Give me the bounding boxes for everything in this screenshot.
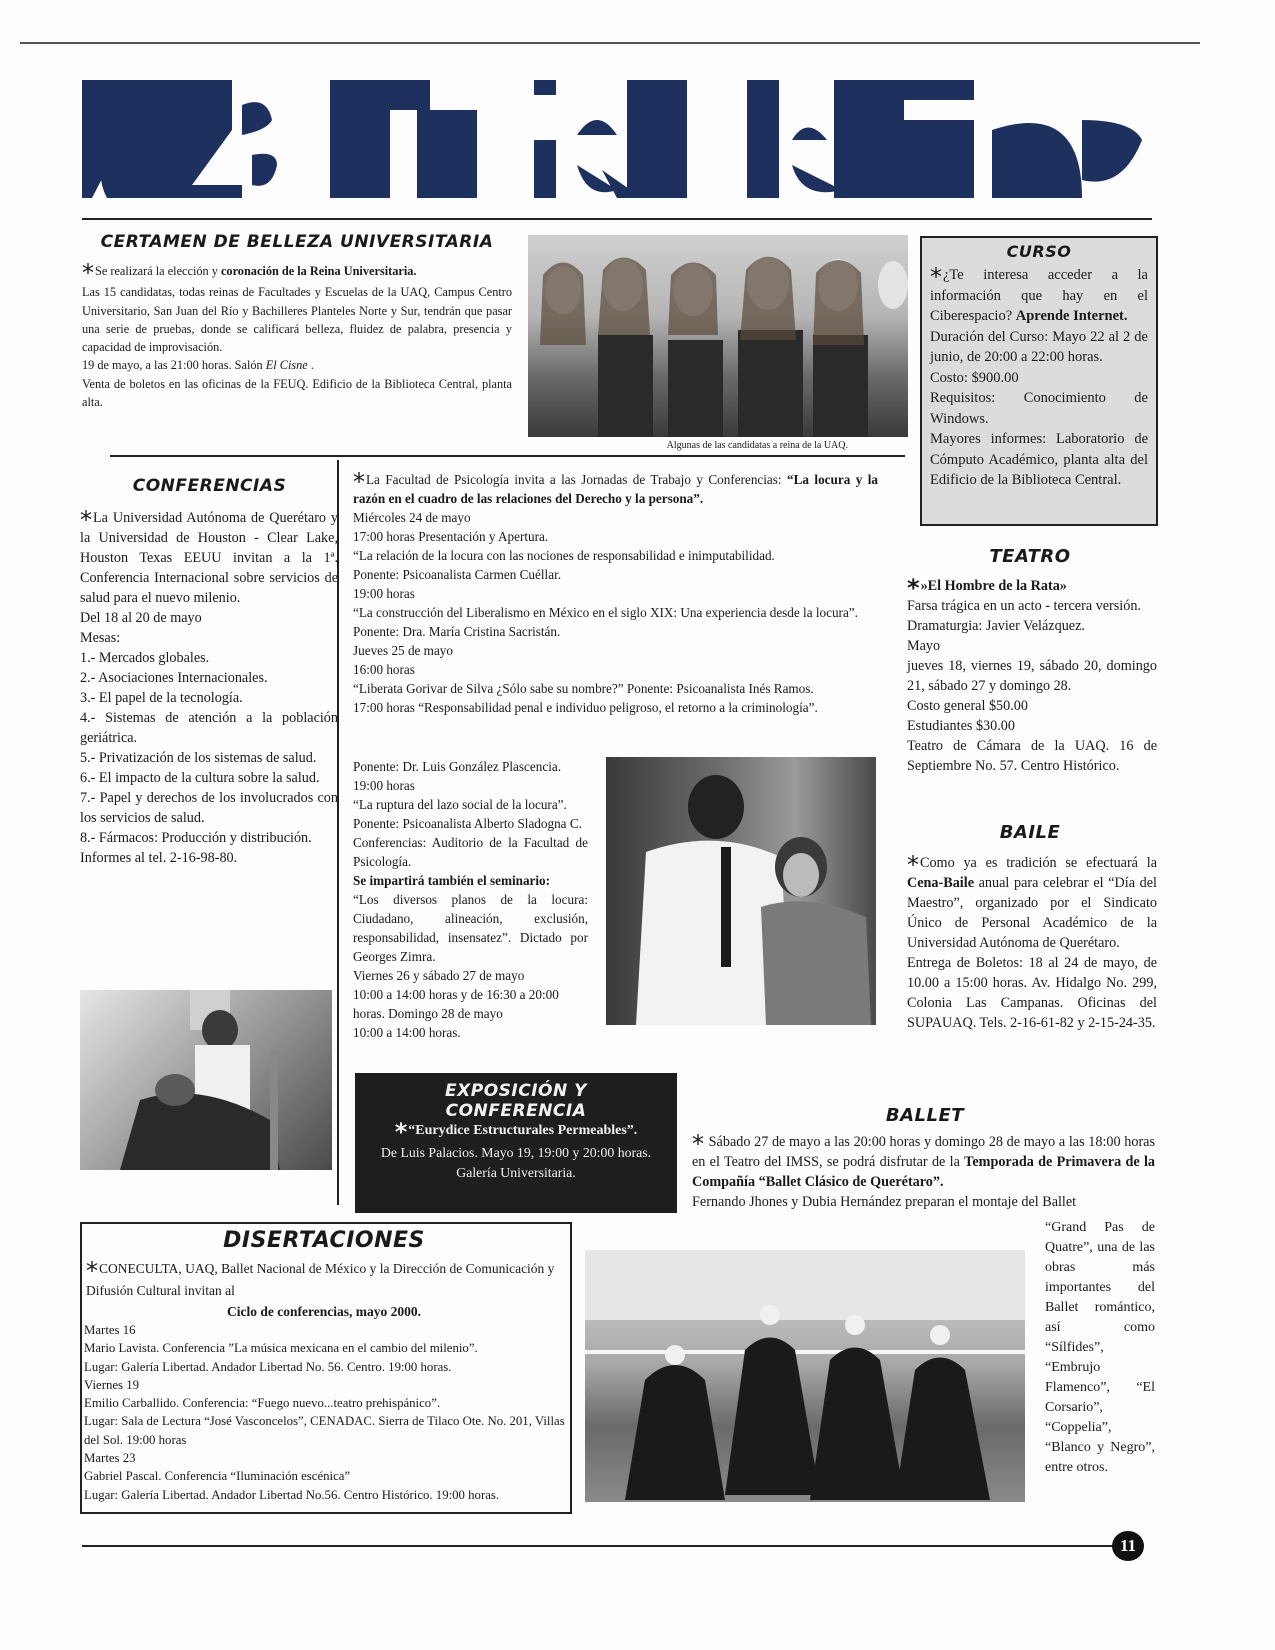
psicologia-line: “La relación de la locura con las nocion…	[353, 546, 878, 565]
psicologia-schedule: 10:00 a 14:00 horas.	[353, 1023, 588, 1042]
mesa-item: 2.- Asociaciones Internacionales.	[80, 668, 338, 688]
certamen-lead: *Se realizará la elección y coronación d…	[82, 262, 512, 280]
candidates-photo-caption: Algunas de las candidatas a reina de la …	[528, 440, 848, 451]
teatro-line: Dramaturgia: Javier Velázquez.	[907, 616, 1157, 636]
dentist-photo	[80, 990, 332, 1170]
mesa-item: 3.- El papel de la tecnología.	[80, 688, 338, 708]
theatre-photo-illustration	[606, 757, 876, 1025]
teatro-line: Teatro de Cámara de la UAQ. 16 de Septie…	[907, 736, 1157, 776]
psicologia-line: 19:00 horas	[353, 776, 588, 795]
curso-cost: Costo: $900.00	[930, 368, 1148, 389]
candidates-photo	[528, 235, 908, 437]
conferencias-dates: Del 18 al 20 de mayo	[80, 608, 338, 628]
certamen-tickets: Venta de boletos en las oficinas de la F…	[82, 375, 512, 412]
psicologia-seminar-heading: Se impartirá también el seminario:	[353, 871, 588, 890]
curso-box: CURSO *¿Te interesa acceder a la informa…	[920, 236, 1158, 526]
certamen-paragraph: Las 15 candidatas, todas reinas de Facul…	[82, 283, 512, 356]
teatro-line: Costo general $50.00	[907, 696, 1157, 716]
curso-requirements: Requisitos: Conocimiento de Windows.	[930, 388, 1148, 429]
exposicion-details: De Luis Palacios. Mayo 19, 19:00 y 20:00…	[367, 1141, 665, 1183]
ballet-photo	[585, 1250, 1025, 1502]
psicologia-line: 16:00 horas	[353, 660, 878, 679]
masthead-cartelera-graphic	[82, 80, 1152, 198]
left-column-divider	[337, 460, 339, 1205]
psicologia-line: 17:00 horas Presentación y Apertura.	[353, 527, 878, 546]
disertaciones-line: Lugar: Galería Libertad. Andador Liberta…	[84, 1486, 566, 1504]
certamen-heading: CERTAMEN DE BELLEZA UNIVERSITARIA	[82, 232, 512, 252]
mesa-item: 7.- Papel y derechos de los involucrados…	[80, 788, 338, 828]
disertaciones-lead: *CONECULTA, UAQ, Ballet Nacional de Méxi…	[82, 1258, 566, 1302]
curso-lead: *¿Te interesa acceder a la información q…	[930, 265, 1148, 327]
conferencias-mesas-label: Mesas:	[80, 628, 338, 648]
mesa-item: 4.- Sistemas de atención a la población …	[80, 708, 338, 748]
footer-divider	[82, 1545, 1122, 1547]
exposicion-box: EXPOSICIÓN Y CONFERENCIA *“Eurydice Estr…	[355, 1073, 677, 1213]
theatre-photo	[606, 757, 876, 1025]
baile-details: Entrega de Boletos: 18 al 24 de mayo, de…	[907, 953, 1157, 1033]
conferencias-heading: CONFERENCIAS	[82, 476, 337, 496]
ballet-lead: * Sábado 27 de mayo a las 20:00 horas y …	[692, 1132, 1155, 1192]
page-number-badge: 11	[1112, 1531, 1144, 1561]
disertaciones-line: Mario Lavista. Conferencia ”La música me…	[84, 1339, 566, 1357]
curso-heading: CURSO	[930, 242, 1148, 261]
psicologia-line: 17:00 horas “Responsabilidad penal e ind…	[353, 698, 878, 717]
curso-info: Mayores informes: Laboratorio de Cómputo…	[930, 429, 1148, 491]
disertaciones-line: Viernes 19	[84, 1376, 566, 1394]
psicologia-narrow-body: Ponente: Dr. Luis González Plascencia. 1…	[353, 757, 588, 1042]
exposicion-title: *“Eurydice Estructurales Permeables”.	[367, 1121, 665, 1141]
disertaciones-line: Lugar: Galería Libertad. Andador Liberta…	[84, 1358, 566, 1376]
dentist-photo-illustration	[80, 990, 332, 1170]
psicologia-line: “La construcción del Liberalismo en Méxi…	[353, 603, 878, 622]
conferencias-lead: *La Universidad Autónoma de Querétaro y …	[80, 508, 338, 608]
disertaciones-line: Martes 16	[84, 1321, 566, 1339]
psicologia-line: 19:00 horas	[353, 584, 878, 603]
exposicion-heading-2: CONFERENCIA	[367, 1101, 665, 1121]
mesa-item: 8.- Fármacos: Producción y distribución.	[80, 828, 338, 848]
mesa-item: 6.- El impacto de la cultura sobre la sa…	[80, 768, 338, 788]
ballet-photo-illustration	[585, 1250, 1025, 1502]
baile-heading: BAILE	[905, 822, 1155, 843]
disertaciones-list: Martes 16 Mario Lavista. Conferencia ”La…	[82, 1321, 566, 1504]
psicologia-line: Miércoles 24 de mayo	[353, 508, 878, 527]
disertaciones-box: DISERTACIONES *CONECULTA, UAQ, Ballet Na…	[80, 1222, 572, 1514]
teatro-line: Farsa trágica en un acto - tercera versi…	[907, 596, 1157, 616]
bullet-star-icon: *	[86, 1257, 98, 1285]
ballet-body: * Sábado 27 de mayo a las 20:00 horas y …	[692, 1132, 1155, 1212]
conferencias-body: *La Universidad Autónoma de Querétaro y …	[80, 508, 338, 868]
teatro-title: *»El Hombre de la Rata»	[907, 576, 1157, 596]
psicologia-line: Ponente: Dra. María Cristina Sacristán.	[353, 622, 878, 641]
curso-body: *¿Te interesa acceder a la información q…	[930, 265, 1148, 491]
psicologia-line: Ponente: Psicoanalista Alberto Sladogna …	[353, 814, 588, 833]
disertaciones-line: Martes 23	[84, 1449, 566, 1467]
mesa-item: 5.- Privatización de los sistemas de sal…	[80, 748, 338, 768]
candidates-photo-illustration	[528, 235, 908, 437]
disertaciones-line: Lugar: Sala de Lectura “José Vasconcelos…	[84, 1412, 566, 1449]
masthead-logo	[82, 80, 1152, 198]
psicologia-body: *La Facultad de Psicología invita a las …	[353, 470, 878, 717]
psicologia-line: Conferencias: Auditorio de la Facultad d…	[353, 833, 588, 871]
exposicion-heading-1: EXPOSICIÓN Y	[367, 1081, 665, 1101]
teatro-body: *»El Hombre de la Rata» Farsa trágica en…	[907, 576, 1157, 776]
psicologia-line: Jueves 25 de mayo	[353, 641, 878, 660]
psicologia-line: “La ruptura del lazo social de la locura…	[353, 795, 588, 814]
masthead-divider	[82, 218, 1152, 220]
disertaciones-line: Gabriel Pascal. Conferencia “Iluminación…	[84, 1467, 566, 1485]
teatro-line: Mayo	[907, 636, 1157, 656]
psicologia-line: “Liberata Gorivar de Silva ¿Sólo sabe su…	[353, 679, 878, 698]
ballet-heading: BALLET	[860, 1105, 990, 1126]
psicologia-schedule: Viernes 26 y sábado 27 de mayo	[353, 966, 588, 985]
bullet-star-icon: *	[395, 1118, 408, 1146]
curso-duration: Duración del Curso: Mayo 22 al 2 de juni…	[930, 327, 1148, 368]
conferencias-info: Informes al tel. 2-16-98-80.	[80, 848, 338, 868]
psicologia-line: Ponente: Psicoanalista Carmen Cuéllar.	[353, 565, 878, 584]
psicologia-line: Ponente: Dr. Luis González Plascencia.	[353, 757, 588, 776]
certamen-body: *Se realizará la elección y coronación d…	[82, 262, 512, 411]
disertaciones-subtitle: Ciclo de conferencias, mayo 2000.	[82, 1302, 566, 1321]
psicologia-seminar-text: “Los diversos planos de la locura: Ciuda…	[353, 890, 588, 966]
top-scan-line	[20, 42, 1200, 44]
mesa-item: 1.- Mercados globales.	[80, 648, 338, 668]
disertaciones-heading: DISERTACIONES	[82, 1228, 566, 1254]
psicologia-schedule: 10:00 a 14:00 horas y de 16:30 a 20:00 h…	[353, 985, 588, 1023]
ballet-continued: Fernando Jhones y Dubia Hernández prepar…	[692, 1192, 1155, 1212]
disertaciones-line: Emilio Carballido. Conferencia: “Fuego n…	[84, 1394, 566, 1412]
psicologia-lead: *La Facultad de Psicología invita a las …	[353, 470, 878, 508]
ballet-side-text: “Grand Pas de Quatre”, una de las obras …	[1045, 1218, 1155, 1478]
certamen-divider	[110, 455, 905, 457]
teatro-line: jueves 18, viernes 19, sábado 20, doming…	[907, 656, 1157, 696]
baile-body: *Como ya es tradición se efectuará la Ce…	[907, 853, 1157, 1033]
teatro-line: Estudiantes $30.00	[907, 716, 1157, 736]
baile-lead: *Como ya es tradición se efectuará la Ce…	[907, 853, 1157, 953]
page-number: 11	[1120, 1536, 1136, 1555]
certamen-date: 19 de mayo, a las 21:00 horas. Salón El …	[82, 356, 512, 374]
teatro-heading: TEATRO	[905, 546, 1155, 567]
